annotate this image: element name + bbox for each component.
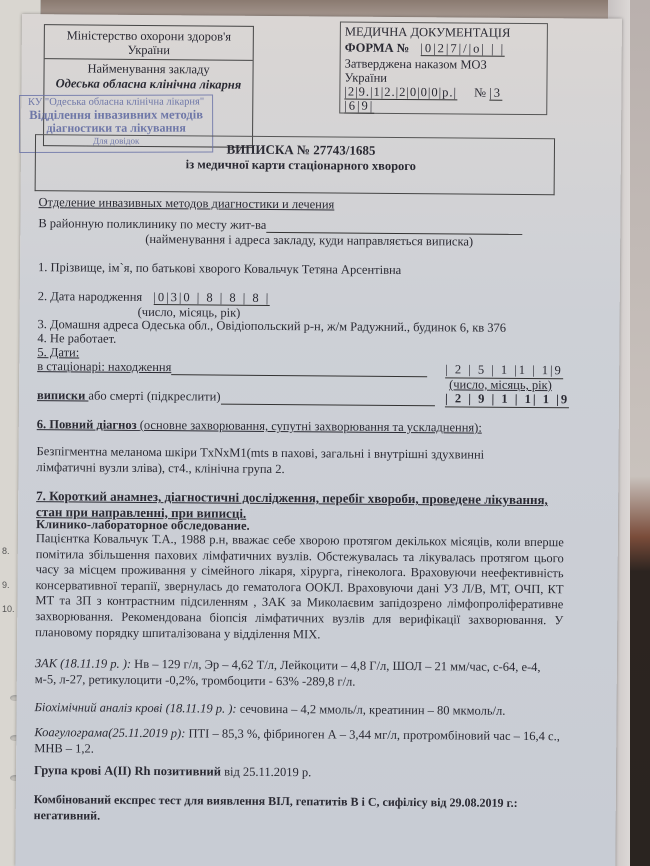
- referral-caption: (найменування і адреса закладу, куди нап…: [145, 232, 473, 250]
- under-page-number: 9.: [2, 580, 10, 590]
- ministry-label: Міністерство охорони здоров'я України: [45, 27, 253, 61]
- form-info-box: МЕДИЧНА ДОКУМЕНТАЦІЯ ФОРМА № |0|2|7|/|о|…: [339, 21, 548, 115]
- under-page-number: 8.: [2, 546, 10, 556]
- diagnosis-heading: 6. Повний діагноз: [37, 417, 140, 432]
- stamp-line: діагностики та лікування: [20, 121, 212, 135]
- dob-label: 2. Дата народження: [38, 289, 143, 304]
- department-name: Отделение инвазивных методов диагностики…: [38, 195, 334, 212]
- referral-text: В районную поликлинику по месту жит-ва: [38, 216, 266, 232]
- institution-name: Одеська обласна клінічна лікарня: [44, 76, 252, 92]
- discharge-label-rest: або смерті (підкреслити): [88, 389, 220, 404]
- order-number: |3: [489, 86, 502, 101]
- approved-country: України: [344, 71, 387, 86]
- blood-group-date: від 25.11.2019 р.: [224, 765, 311, 780]
- admission-blank-line: [171, 363, 427, 377]
- blood-group: Група крові А(II) Rh позитивний: [34, 763, 224, 778]
- diagnosis-heading-rest: (основне захворювання, супутні захворюва…: [140, 418, 482, 435]
- diagnosis-text: Безпігментна меланома шкіри TxNxM1(mts в…: [36, 444, 546, 479]
- institution-label: Найменування закладу: [45, 61, 253, 77]
- discharge-date: | 2 | 9 | 1 | 1| 1 |9: [445, 391, 569, 408]
- order-number-continued: |6|9|: [344, 99, 374, 114]
- admission-label: в стаціонарі: находження: [37, 359, 171, 374]
- patient-name: 1. Прізвище, ім`я, по батькові хворого К…: [38, 260, 401, 278]
- form-number-label: ФОРМА №: [345, 41, 410, 56]
- form-number: |0|2|7|/|о| | |: [420, 41, 505, 57]
- dates-label: 5. Дати:: [37, 345, 79, 360]
- coagulogram-label: Коагулограма(25.11.2019 р):: [34, 725, 188, 740]
- express-test-result: Комбінований експрес тест для виявлення …: [34, 792, 562, 827]
- discharge-label: виписки: [37, 388, 89, 402]
- anamnesis-text: Пацієнтка Ковальчук Т.А., 1988 р.н, вваж…: [35, 531, 564, 644]
- discharge-document: Міністерство охорони здоров'я України На…: [15, 14, 622, 866]
- form-title: МЕДИЧНА ДОКУМЕНТАЦІЯ: [345, 25, 511, 41]
- order-number-label: №: [474, 86, 486, 100]
- cbc-label: ЗАК (18.11.19 р. ):: [35, 656, 134, 671]
- under-page-number: 10.: [2, 604, 15, 614]
- dob-value: |0|3|0 | 8 | 8 | 8 |: [153, 290, 270, 306]
- biochem-results: сечовина – 4,2 ммоль/л, креатинин – 80 м…: [240, 702, 506, 718]
- biochem-label: Біохімічний аналіз крові (18.11.19 р. ):: [35, 700, 240, 716]
- discharge-blank-line: [220, 393, 434, 407]
